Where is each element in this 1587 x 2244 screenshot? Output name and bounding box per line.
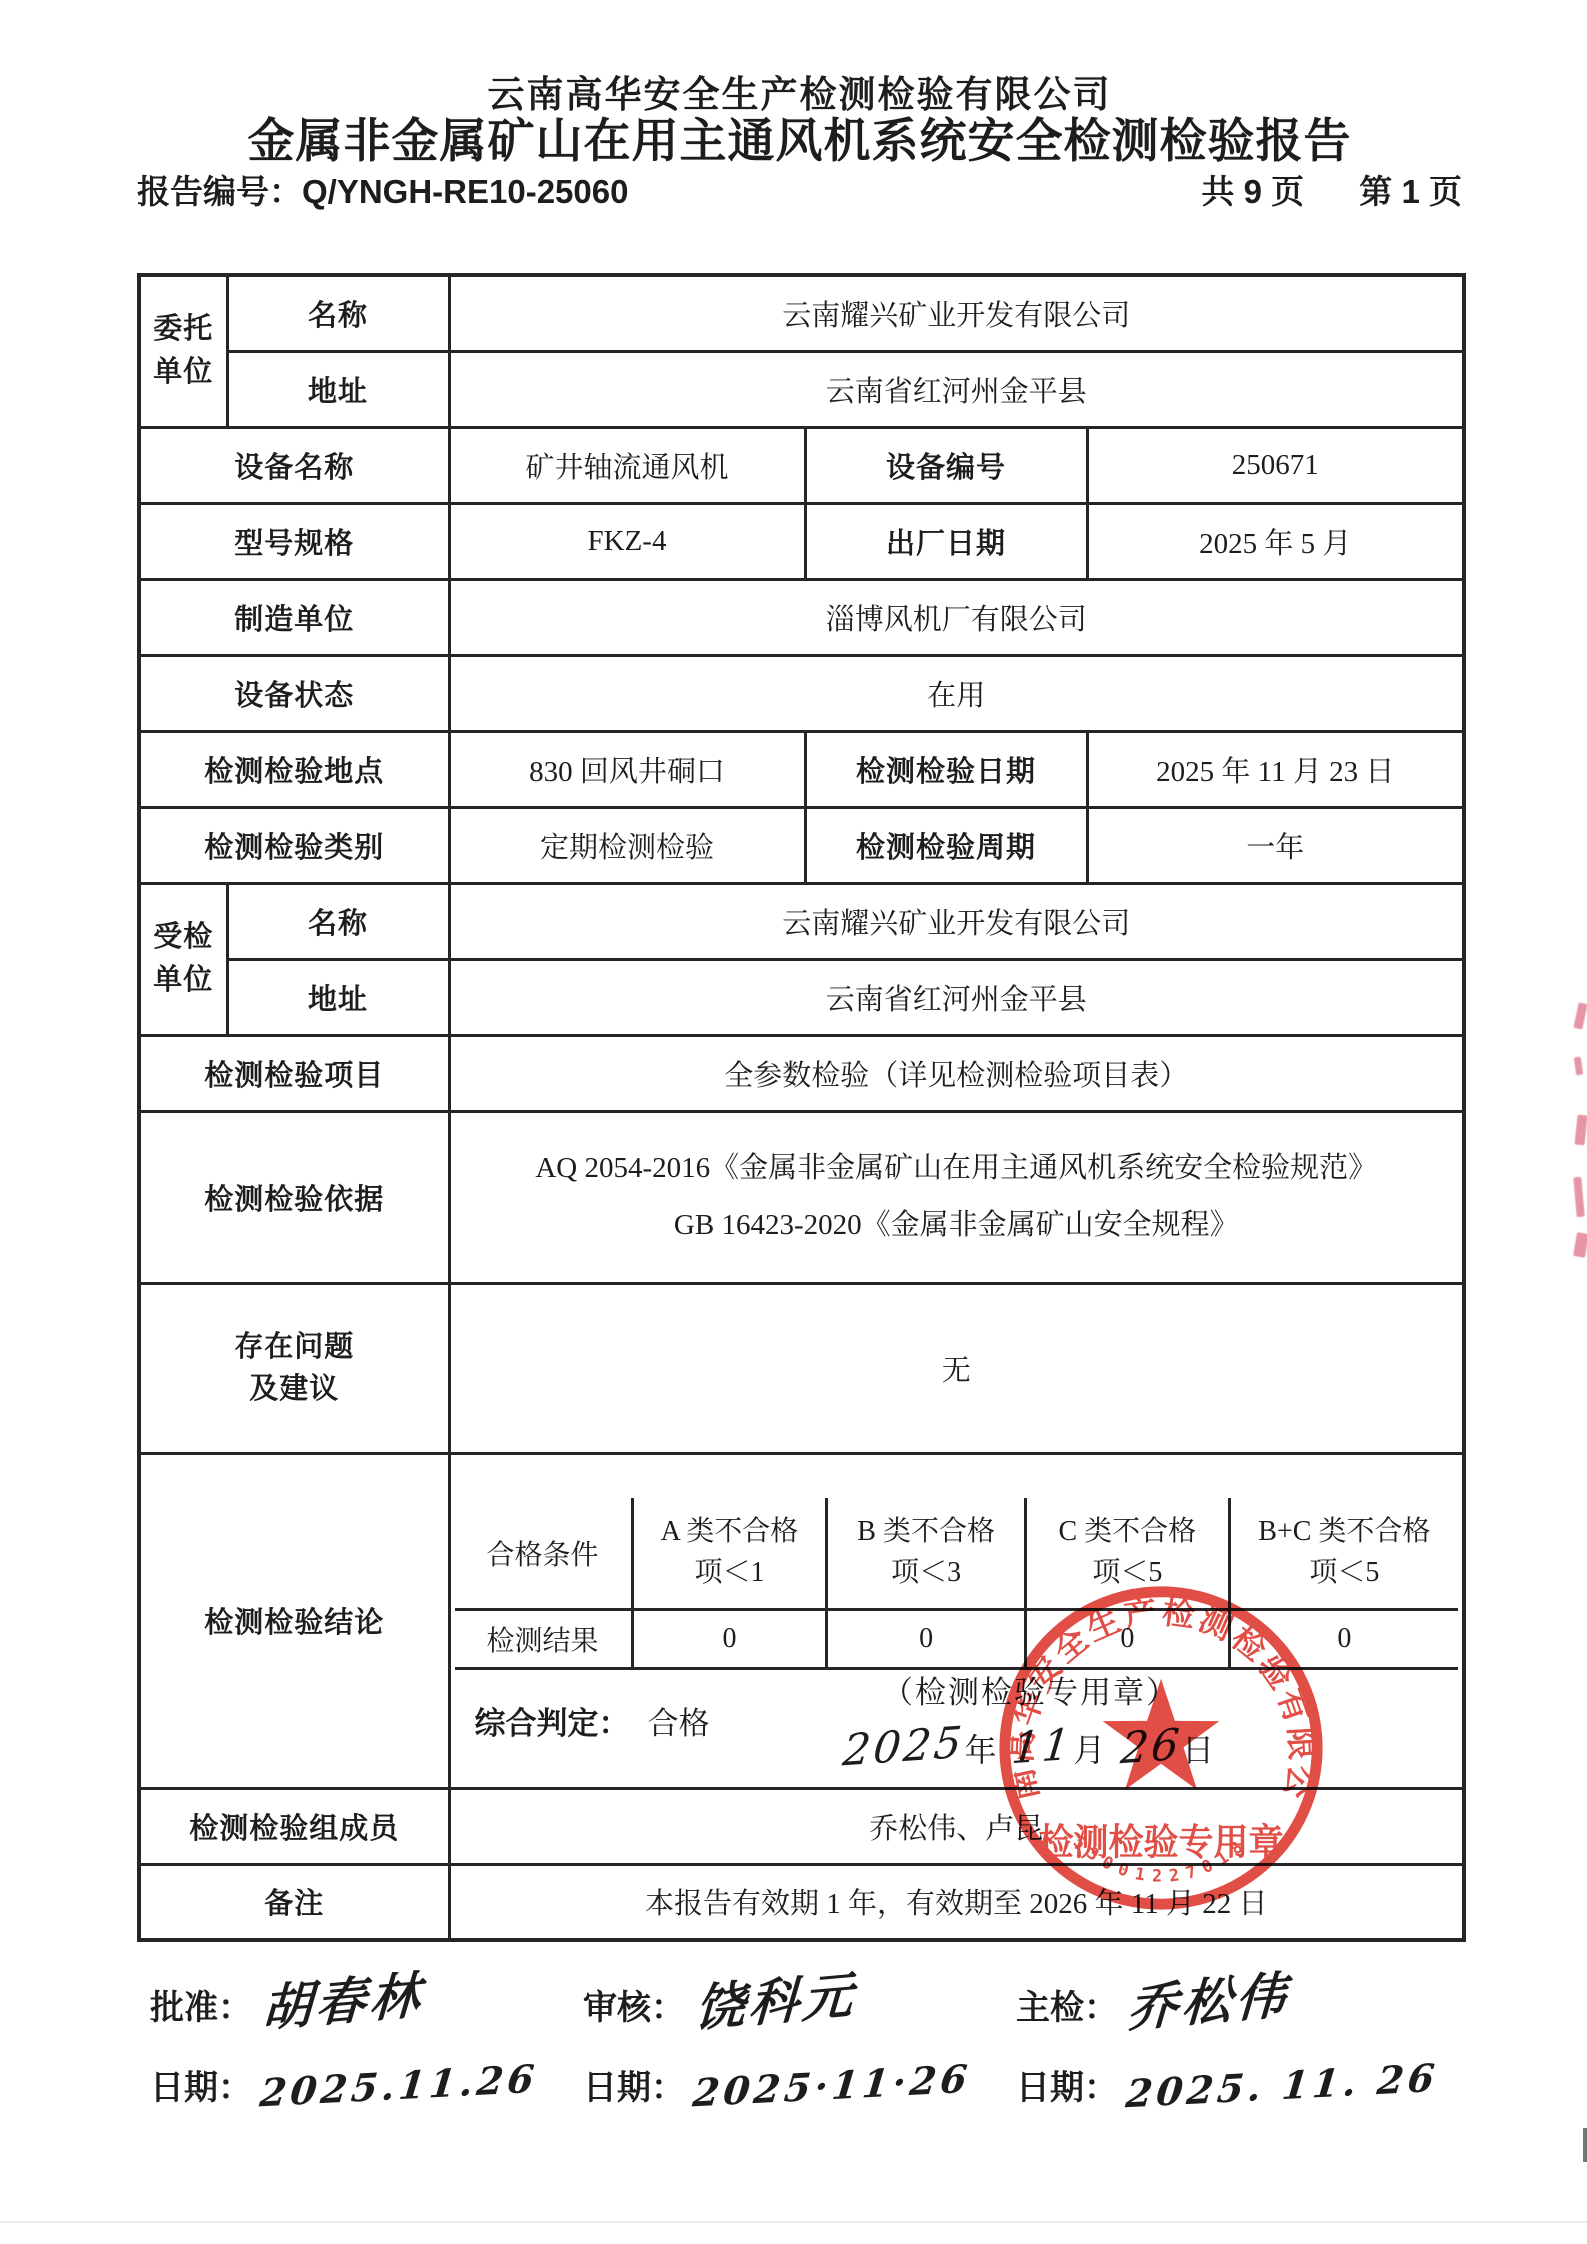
current-page: 第 1 页 xyxy=(1359,173,1462,210)
stamp-star-icon xyxy=(1103,1679,1220,1790)
model-value: FKZ-4 xyxy=(449,503,805,579)
approve-block: 批准：胡春林 日期：2025.11.26 xyxy=(150,1962,583,2109)
client-name-label: 名称 xyxy=(227,275,449,351)
period-label: 检测检验周期 xyxy=(805,807,1087,883)
basis-label: 检测检验依据 xyxy=(139,1111,449,1283)
criteria-a: A 类不合格项＜1 xyxy=(632,1498,827,1610)
approve-signature: 胡春林 xyxy=(260,1955,425,2042)
scan-line-artifact xyxy=(0,2221,1587,2223)
approve-date: 2025.11.26 xyxy=(258,2056,540,2116)
device-no-value: 250671 xyxy=(1087,427,1464,503)
device-name-value: 矿井轴流通风机 xyxy=(449,427,805,503)
inspected-addr-value: 云南省红河州金平县 xyxy=(449,959,1464,1035)
client-name-value: 云南耀兴矿业开发有限公司 xyxy=(449,275,1464,351)
client-group-label: 委托单位 xyxy=(139,275,227,427)
total-pages: 共 9 页 xyxy=(1201,173,1304,210)
report-number: 报告编号：Q/YNGH-RE10-25060 xyxy=(137,166,628,213)
inspected-addr-label: 地址 xyxy=(227,959,449,1035)
result-a: 0 xyxy=(632,1610,827,1669)
inspected-group-label: 受检单位 xyxy=(139,883,227,1035)
approve-date-label: 日期： xyxy=(150,2069,252,2107)
report-meta-row: 报告编号：Q/YNGH-RE10-25060 共 9 页 第 1 页 xyxy=(137,166,1462,213)
official-stamp-seal: 云南高华安全生产检测检验有限公司 检测检验专用章 53001227018 xyxy=(993,1580,1329,1916)
problems-label: 存在问题及建议 xyxy=(139,1283,449,1453)
report-number-value: Q/YNGH-RE10-25060 xyxy=(302,173,628,210)
report-title: 金属非金属矿山在用主通风机系统安全检测检验报告 xyxy=(137,104,1462,171)
place-label: 检测检验地点 xyxy=(139,731,449,807)
inspected-name-value: 云南耀兴矿业开发有限公司 xyxy=(449,883,1464,959)
place-value: 830 回风井硐口 xyxy=(449,731,805,807)
chief-date-label: 日期： xyxy=(1016,2069,1118,2107)
items-value: 全参数检验（详见检测检验项目表） xyxy=(449,1035,1464,1111)
client-addr-label: 地址 xyxy=(227,351,449,427)
type-value: 定期检测检验 xyxy=(449,807,805,883)
report-page: 云南高华安全生产检测检验有限公司 金属非金属矿山在用主通风机系统安全检测检验报告… xyxy=(0,0,1587,2244)
page-indicator: 共 9 页 第 1 页 xyxy=(1201,166,1462,213)
problems-value: 无 xyxy=(449,1283,1464,1453)
scan-edge-mark xyxy=(1583,2128,1587,2162)
judgement-value: 合格 xyxy=(648,1706,710,1741)
conclusion-label: 检测检验结论 xyxy=(139,1453,449,1788)
basis-line-1: AQ 2054-2016《金属非金属矿山在用主通风机系统安全检验规范》 xyxy=(455,1140,1459,1197)
status-value: 在用 xyxy=(449,655,1464,731)
mfg-date-value: 2025 年 5 月 xyxy=(1087,503,1464,579)
period-value: 一年 xyxy=(1087,807,1464,883)
criteria-label: 合格条件 xyxy=(455,1498,633,1610)
judgement-label: 综合判定： xyxy=(475,1706,630,1741)
team-label: 检测检验组成员 xyxy=(139,1788,449,1864)
items-label: 检测检验项目 xyxy=(139,1035,449,1111)
device-name-label: 设备名称 xyxy=(139,427,449,503)
mfg-date-label: 出厂日期 xyxy=(805,503,1087,579)
review-date: 2025·11·26 xyxy=(691,2056,973,2116)
chief-signature: 乔松伟 xyxy=(1126,1955,1291,2042)
inspected-name-label: 名称 xyxy=(227,883,449,959)
basis-line-2: GB 16423-2020《金属非金属矿山安全规程》 xyxy=(455,1197,1459,1254)
insp-date-value: 2025 年 11 月 23 日 xyxy=(1087,731,1464,807)
remark-label: 备注 xyxy=(139,1864,449,1940)
chief-block: 主检：乔松伟 日期：2025. 11. 26 xyxy=(1016,1962,1449,2109)
approve-label: 批准： xyxy=(150,1989,252,2027)
device-no-label: 设备编号 xyxy=(805,427,1087,503)
stamp-date-year: 2025 xyxy=(841,1717,967,1776)
stamp-svg: 云南高华安全生产检测检验有限公司 检测检验专用章 53001227018 xyxy=(993,1580,1329,1916)
report-number-label: 报告编号： xyxy=(137,173,302,210)
review-label: 审核： xyxy=(583,1989,685,2027)
stamp-bleed-artifact xyxy=(1563,995,1587,1260)
maker-value: 淄博风机厂有限公司 xyxy=(449,579,1464,655)
review-date-label: 日期： xyxy=(583,2069,685,2107)
chief-label: 主检： xyxy=(1016,1989,1118,2027)
status-label: 设备状态 xyxy=(139,655,449,731)
type-label: 检测检验类别 xyxy=(139,807,449,883)
maker-label: 制造单位 xyxy=(139,579,449,655)
result-label: 检测结果 xyxy=(455,1610,633,1669)
chief-date: 2025. 11. 26 xyxy=(1124,2055,1441,2117)
client-addr-value: 云南省红河州金平县 xyxy=(449,351,1464,427)
signature-footer: 批准：胡春林 日期：2025.11.26 审核：饶科元 日期：2025·11·2… xyxy=(150,1962,1450,2109)
model-label: 型号规格 xyxy=(139,503,449,579)
review-block: 审核：饶科元 日期：2025·11·26 xyxy=(583,1962,1016,2109)
basis-value: AQ 2054-2016《金属非金属矿山在用主通风机系统安全检验规范》 GB 1… xyxy=(449,1111,1464,1283)
review-signature: 饶科元 xyxy=(693,1955,858,2042)
insp-date-label: 检测检验日期 xyxy=(805,731,1087,807)
